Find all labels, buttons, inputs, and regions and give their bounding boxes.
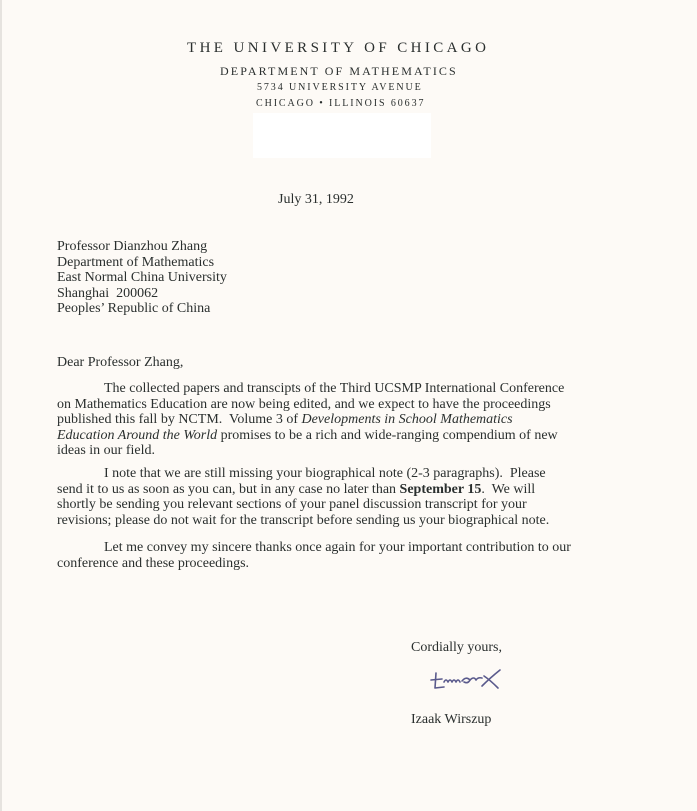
recipient-city: Shanghai 200062 (57, 286, 227, 302)
paragraph-line: conference and these proceedings. (57, 556, 597, 572)
redacted-area (253, 113, 431, 158)
paragraph-line: shortly be sending you relevant sections… (57, 497, 597, 513)
book-title-part-2: Education Around the World (57, 428, 217, 443)
recipient-department: Department of Mathematics (57, 255, 227, 271)
paragraph-line: published this fall by NCTM. Volume 3 of… (57, 412, 597, 428)
paragraph-line: send it to us as soon as you can, but in… (57, 482, 597, 498)
letterhead-department: DEPARTMENT OF MATHEMATICS (220, 64, 458, 79)
text-span: send it to us as soon as you can, but in… (57, 482, 400, 497)
signer-name: Izaak Wirszup (411, 712, 491, 728)
paragraph-line: Education Around the World promises to b… (57, 428, 597, 444)
text-span: published this fall by NCTM. Volume 3 of (57, 412, 301, 427)
letterhead-university: THE UNIVERSITY OF CHICAGO (187, 40, 489, 57)
recipient-name: Professor Dianzhou Zhang (57, 239, 227, 255)
letter-date: July 31, 1992 (278, 192, 354, 208)
closing: Cordially yours, (411, 640, 502, 656)
paragraph-1: The collected papers and transcipts of t… (57, 381, 597, 459)
paragraph-line: I note that we are still missing your bi… (57, 466, 597, 482)
paragraph-line: Let me convey my sincere thanks once aga… (57, 540, 597, 556)
recipient-institution: East Normal China University (57, 270, 227, 286)
salutation: Dear Professor Zhang, (57, 355, 183, 371)
paragraph-line: The collected papers and transcipts of t… (57, 381, 597, 397)
paragraph-line: ideas in our field. (57, 443, 597, 459)
paragraph-2: I note that we are still missing your bi… (57, 466, 597, 528)
recipient-country: Peoples’ Republic of China (57, 301, 227, 317)
book-title-part-1: Developments in School Mathematics (301, 412, 512, 427)
handwritten-signature-icon (430, 668, 514, 694)
deadline-date: September 15 (400, 482, 482, 497)
letterhead-city: CHICAGO • ILLINOIS 60637 (256, 98, 425, 109)
paragraph-3: Let me convey my sincere thanks once aga… (57, 540, 597, 571)
text-span: promises to be a rich and wide-ranging c… (217, 428, 558, 443)
letter-page: THE UNIVERSITY OF CHICAGO DEPARTMENT OF … (0, 0, 697, 811)
recipient-address: Professor Dianzhou Zhang Department of M… (57, 239, 227, 317)
paragraph-line: on Mathematics Education are now being e… (57, 397, 597, 413)
letterhead-street: 5734 UNIVERSITY AVENUE (257, 82, 423, 93)
text-span: . We will (481, 482, 535, 497)
paragraph-line: revisions; please do not wait for the tr… (57, 513, 597, 529)
